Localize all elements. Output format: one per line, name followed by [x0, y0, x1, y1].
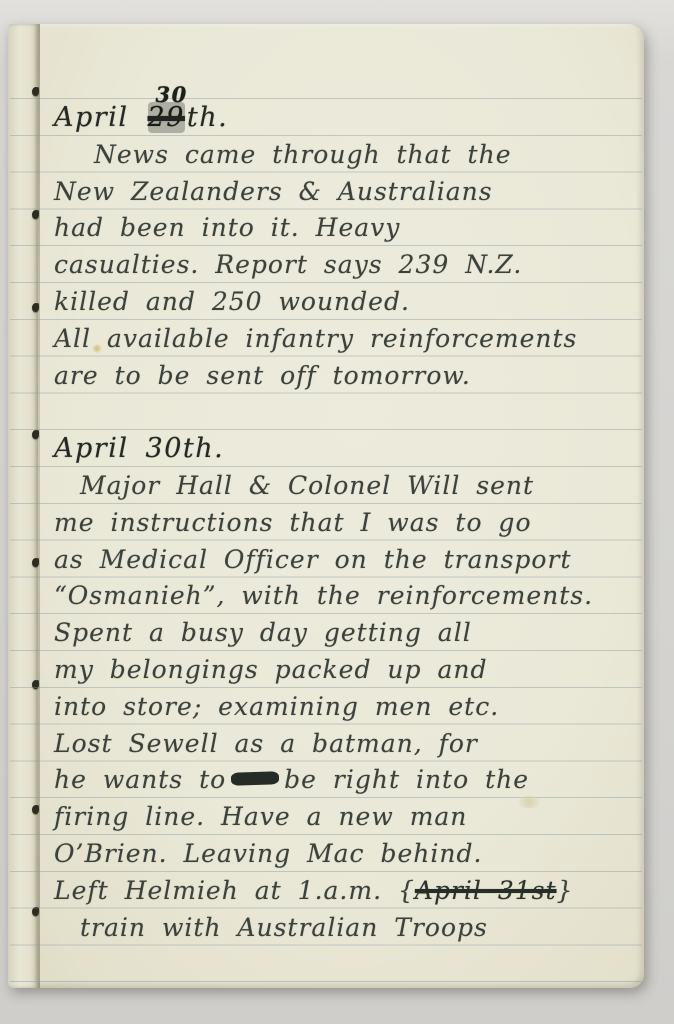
blank-line — [54, 394, 640, 431]
line-segment: be right into the — [284, 765, 529, 794]
stitch-hole — [32, 805, 39, 814]
diary-line: are to be sent off tomorrow. — [54, 358, 640, 395]
stitch-hole — [32, 558, 39, 567]
diary-line: into store; examining men etc. — [54, 689, 640, 726]
heading-month: April — [54, 102, 146, 133]
struck-out-date: April 31st — [415, 876, 557, 905]
diary-line: had been into it. Heavy — [54, 210, 640, 247]
diary-line: News came through that the — [54, 137, 640, 174]
diary-line-with-scribble: he wants tobe right into the — [54, 762, 640, 799]
stitch-hole — [32, 430, 39, 439]
diary-line: O’Brien. Leaving Mac behind. — [54, 836, 640, 873]
line-segment: Left Helmieh at 1.a.m. { — [54, 876, 415, 905]
diary-line: New Zealanders & Australians — [54, 174, 640, 211]
diary-line: “Osmanieh”, with the reinforcements. — [54, 578, 640, 615]
diary-line-with-strikethrough: Left Helmieh at 1.a.m. {April 31st} — [54, 873, 640, 910]
diary-line: Lost Sewell as a batman, for — [54, 726, 640, 763]
diary-line: train with Australian Troops — [54, 910, 640, 947]
stitch-hole — [32, 87, 39, 96]
stitch-hole — [32, 210, 39, 219]
diary-line: my belongings packed up and — [54, 652, 640, 689]
page-gutter — [8, 24, 38, 988]
entry-heading-april-30: April 2930th. — [54, 100, 640, 137]
stitch-hole — [32, 303, 39, 312]
notebook-page: April 2930th. News came through that the… — [8, 24, 644, 988]
entry-heading-april-30-second: April 30th. — [54, 431, 640, 468]
line-segment: } — [557, 876, 574, 905]
line-segment: he wants to — [54, 765, 226, 794]
scribbled-out-word — [231, 772, 279, 787]
diary-line: as Medical Officer on the transport — [54, 542, 640, 579]
stitch-hole — [32, 680, 39, 689]
heading-suffix: th. — [187, 102, 228, 133]
diary-text: April 2930th. News came through that the… — [54, 100, 640, 946]
diary-line: me instructions that I was to go — [54, 505, 640, 542]
diary-line: All available infantry reinforcements — [54, 321, 640, 358]
diary-line: firing line. Have a new man — [54, 799, 640, 836]
corrected-day: 30 — [156, 85, 188, 105]
corrected-date: 2930 — [148, 100, 185, 137]
diary-line: killed and 250 wounded. — [54, 284, 640, 321]
diary-line: Spent a busy day getting all — [54, 615, 640, 652]
binding-fold — [38, 24, 40, 988]
diary-line: casualties. Report says 239 N.Z. — [54, 247, 640, 284]
diary-line: Major Hall & Colonel Will sent — [54, 468, 640, 505]
stitch-hole — [32, 907, 39, 916]
